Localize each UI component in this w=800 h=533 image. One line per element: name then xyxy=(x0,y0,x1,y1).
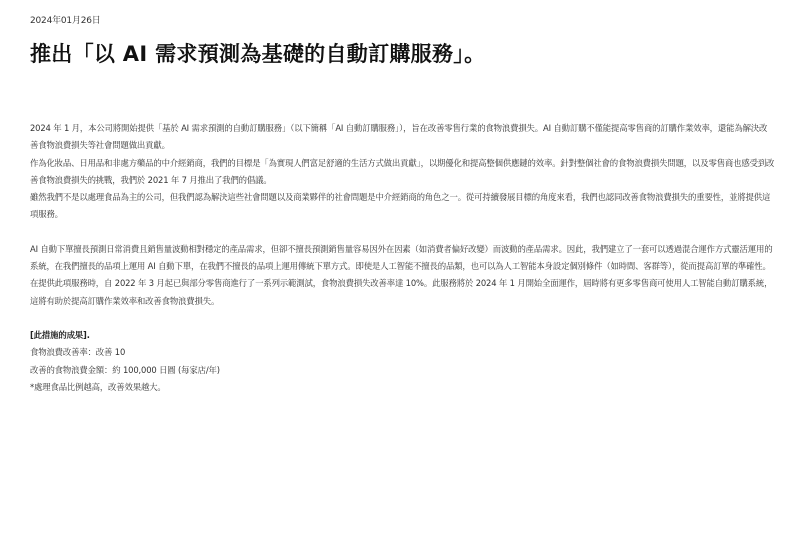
paragraph-hybrid-system: AI 自動下單擅長預測日常消費且銷售量波動相對穩定的產品需求，但卻不擅長預測銷售… xyxy=(30,241,775,276)
section-system-description: AI 自動下單擅長預測日常消費且銷售量波動相對穩定的產品需求，但卻不擅長預測銷售… xyxy=(30,241,775,310)
article-date: 2024年01月26日 xyxy=(30,13,101,26)
result-footnote: *處理食品比例越高，改善效果越大。 xyxy=(30,379,775,396)
article-body: 2024 年 1 月，本公司將開始提供「基於 AI 需求預測的自動訂購服務」（以… xyxy=(30,120,775,396)
section-introduction: 2024 年 1 月，本公司將開始提供「基於 AI 需求預測的自動訂購服務」（以… xyxy=(30,120,775,224)
spacer xyxy=(30,310,775,327)
paragraph-company-goal: 作為化妝品、日用品和非處方藥品的中介經銷商，我們的目標是「為實現人們富足舒適的生… xyxy=(30,155,775,190)
article-title: 推出「以 AI 需求預測為基礎的自動訂購服務」。 xyxy=(30,38,485,68)
paragraph-social-role: 雖然我們不是以處理食品為主的公司，但我們認為解決這些社會問題以及商業夥伴的社會問… xyxy=(30,189,775,224)
spacer xyxy=(30,224,775,241)
section-results: [此措施的成果]. 食物浪費改善率：改善 10 改善的食物浪費金額：約 100,… xyxy=(30,327,775,396)
paragraph-service-launch: 2024 年 1 月，本公司將開始提供「基於 AI 需求預測的自動訂購服務」（以… xyxy=(30,120,775,155)
result-improvement-rate: 食物浪費改善率：改善 10 xyxy=(30,344,775,361)
paragraph-demonstration-tests: 在提供此項服務時，自 2022 年 3 月起已與部分零售商進行了一系列示範測試，… xyxy=(30,275,775,310)
result-savings-amount: 改善的食物浪費金額：約 100,000 日圓 (每家店/年) xyxy=(30,362,775,379)
results-heading: [此措施的成果]. xyxy=(30,327,775,344)
